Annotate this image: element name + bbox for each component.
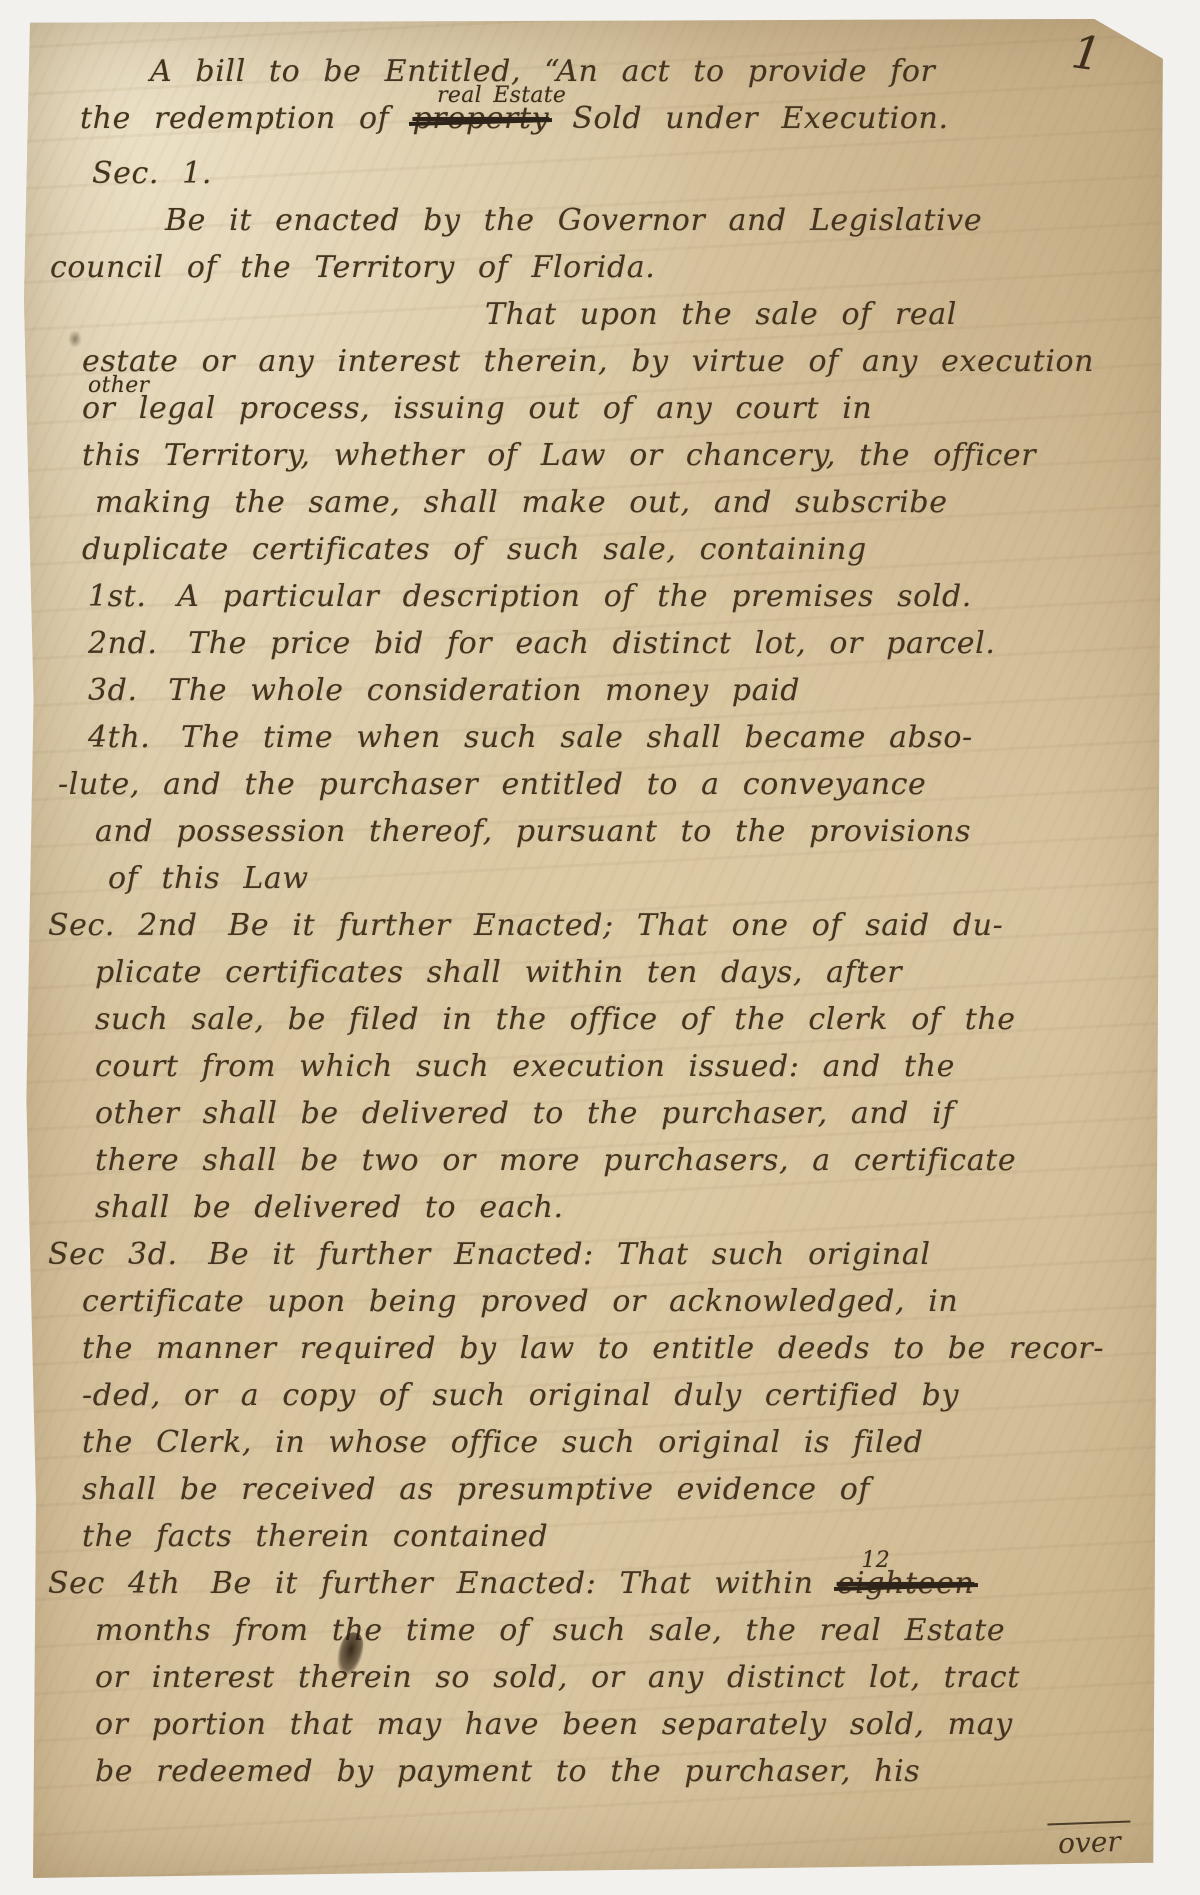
manuscript-line: -ded, or a copy of such original duly ce… xyxy=(0,1372,1150,1419)
manuscript-line: such sale, be filed in the office of the… xyxy=(0,996,1150,1043)
manuscript-line: duplicate certificates of such sale, con… xyxy=(0,526,1150,573)
handwritten-text: the manner required by law to entitle de… xyxy=(82,1331,1104,1366)
manuscript-line: this Territory, whether of Law or chance… xyxy=(0,432,1150,479)
manuscript-line: Sec. 1. xyxy=(0,150,1150,197)
handwritten-text: or interest therein so sold, or any dist… xyxy=(95,1660,1020,1695)
manuscript-line: shall be delivered to each. xyxy=(0,1184,1150,1231)
manuscript-line: 2nd. The price bid for each distinct lot… xyxy=(0,620,1150,667)
manuscript-line: and possession thereof, pursuant to the … xyxy=(0,808,1150,855)
handwritten-text: 4th. The time when such sale shall becam… xyxy=(88,720,973,755)
manuscript-line: other shall be delivered to the purchase… xyxy=(0,1090,1150,1137)
manuscript-line: the manner required by law to entitle de… xyxy=(0,1325,1150,1372)
manuscript-line: there shall be two or more purchasers, a… xyxy=(0,1137,1150,1184)
manuscript-page: 1 A bill to be Entitled, “An act to prov… xyxy=(0,0,1200,1895)
manuscript-line: shall be received as presumptive evidenc… xyxy=(0,1466,1150,1513)
handwritten-text: Sec 3d. Be it further Enacted: That such… xyxy=(48,1237,931,1272)
manuscript-line: the Clerk, in whose office such original… xyxy=(0,1419,1150,1466)
manuscript-line: plicate certificates shall within ten da… xyxy=(0,949,1150,996)
handwritten-text: this Territory, whether of Law or chance… xyxy=(82,438,1036,473)
handwritten-text: 3d. The whole consideration money paid xyxy=(88,673,800,708)
handwritten-text: duplicate certificates of such sale, con… xyxy=(82,532,867,567)
struck-out-text: eighteen12 xyxy=(837,1566,975,1601)
manuscript-line: A bill to be Entitled, “An act to provid… xyxy=(0,48,1150,95)
footer-over-note: over xyxy=(1047,1821,1131,1861)
handwritten-text: the redemption of xyxy=(80,101,412,136)
handwritten-text: Sec. 1. xyxy=(92,156,212,191)
manuscript-line: making the same, shall make out, and sub… xyxy=(0,479,1150,526)
handwritten-text: council of the Territory of Florida. xyxy=(50,250,655,285)
manuscript-line: court from which such execution issued: … xyxy=(0,1043,1150,1090)
manuscript-line: certificate upon being proved or acknowl… xyxy=(0,1278,1150,1325)
manuscript-line: Sec. 2nd Be it further Enacted; That one… xyxy=(0,902,1150,949)
handwritten-text: 2nd. The price bid for each distinct lot… xyxy=(88,626,995,661)
handwritten-text: other shall be delivered to the purchase… xyxy=(95,1096,954,1131)
handwritten-text: the facts therein contained xyxy=(82,1519,548,1554)
handwritten-text: Sec 4th Be it further Enacted: That with… xyxy=(48,1566,837,1601)
manuscript-line: be redeemed by payment to the purchaser,… xyxy=(0,1748,1150,1795)
handwritten-text: shall be received as presumptive evidenc… xyxy=(82,1472,870,1507)
manuscript-line: Be it enacted by the Governor and Legisl… xyxy=(0,197,1150,244)
manuscript-line: or interest therein so sold, or any dist… xyxy=(0,1654,1150,1701)
manuscript-line: the redemption of propertyreal Estate So… xyxy=(0,95,1150,142)
manuscript-line: 4th. The time when such sale shall becam… xyxy=(0,714,1150,761)
manuscript-line: 1st. A particular description of the pre… xyxy=(0,573,1150,620)
handwritten-text: estate or any interest therein, by virtu… xyxy=(82,344,1094,379)
manuscript-line: orother legal process, issuing out of an… xyxy=(0,385,1150,432)
handwritten-text: legal process, issuing out of any court … xyxy=(116,391,873,426)
handwritten-text: That upon the sale of real xyxy=(485,297,957,332)
manuscript-line: Sec 4th Be it further Enacted: That with… xyxy=(0,1560,1150,1607)
handwritten-text: making the same, shall make out, and sub… xyxy=(95,485,948,520)
inserted-correction: real Estate xyxy=(437,85,566,107)
manuscript-line: That upon the sale of real xyxy=(0,291,1150,338)
handwritten-text: be redeemed by payment to the purchaser,… xyxy=(95,1754,920,1789)
handwritten-text: certificate upon being proved or acknowl… xyxy=(82,1284,958,1319)
handwritten-text: or portion that may have been separately… xyxy=(95,1707,1013,1742)
manuscript-lines: A bill to be Entitled, “An act to provid… xyxy=(0,48,1150,1795)
manuscript-line: 3d. The whole consideration money paid xyxy=(0,667,1150,714)
handwritten-text: there shall be two or more purchasers, a… xyxy=(95,1143,1016,1178)
manuscript-line: or portion that may have been separately… xyxy=(0,1701,1150,1748)
handwritten-text: shall be delivered to each. xyxy=(95,1190,564,1225)
handwritten-text: and possession thereof, pursuant to the … xyxy=(95,814,971,849)
handwritten-text: Sold under Execution. xyxy=(549,101,948,136)
handwritten-text: Sec. 2nd Be it further Enacted; That one… xyxy=(48,908,1003,943)
manuscript-line: months from the time of such sale, the r… xyxy=(0,1607,1150,1654)
handwritten-text: the Clerk, in whose office such original… xyxy=(82,1425,923,1460)
handwritten-text: -lute, and the purchaser entitled to a c… xyxy=(58,767,926,802)
handwritten-text: Be it enacted by the Governor and Legisl… xyxy=(165,203,982,238)
manuscript-line: -lute, and the purchaser entitled to a c… xyxy=(0,761,1150,808)
handwritten-text: court from which such execution issued: … xyxy=(95,1049,955,1084)
manuscript-line: the facts therein contained xyxy=(0,1513,1150,1560)
manuscript-line: of this Law xyxy=(0,855,1150,902)
manuscript-line: estate or any interest therein, by virtu… xyxy=(0,338,1150,385)
handwritten-text: orother xyxy=(82,391,116,426)
handwritten-text: months from the time of such sale, the r… xyxy=(95,1613,1005,1648)
manuscript-line: Sec 3d. Be it further Enacted: That such… xyxy=(0,1231,1150,1278)
struck-out-text: propertyreal Estate xyxy=(412,101,549,136)
handwritten-text: such sale, be filed in the office of the… xyxy=(95,1002,1016,1037)
inserted-correction: 12 xyxy=(861,1550,890,1572)
handwritten-text: -ded, or a copy of such original duly ce… xyxy=(82,1378,959,1413)
handwritten-text: plicate certificates shall within ten da… xyxy=(95,955,902,990)
handwritten-text: of this Law xyxy=(108,861,309,896)
handwritten-text: 1st. A particular description of the pre… xyxy=(88,579,972,614)
manuscript-line: council of the Territory of Florida. xyxy=(0,244,1150,291)
